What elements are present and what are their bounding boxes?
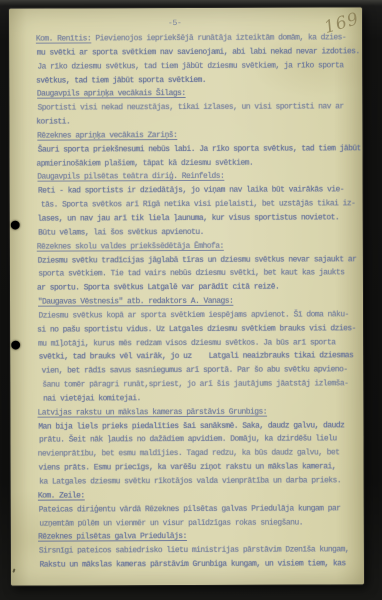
body-text: prātu. Šeit nāk ļaudis no dažādiem apvid… — [39, 435, 337, 445]
typescript-line: ar sportu. Sporta svētkus Latgalē var pa… — [37, 280, 361, 295]
ink-speck — [12, 568, 15, 572]
body-text: mu svētki ar sporta svētkiem nav savieno… — [37, 47, 360, 57]
body-text: nai vietējai komitejai. — [39, 394, 141, 403]
body-text: vien, bet rādīs savus sasniegumus arī sp… — [37, 366, 347, 376]
body-text: koristi. — [36, 118, 70, 127]
speaker-heading: Daugavpils pilsētas teātra diriģ. Reinfe… — [37, 172, 224, 182]
typescript-line: mu svētki ar sporta svētkiem nav savieno… — [37, 45, 360, 60]
body-text: sporta svētkiem. Tie tad vairs nebūs dzi… — [38, 269, 344, 279]
typescript-line: šanu tomēr pāragri runāt,spriest, jo arī… — [38, 377, 361, 392]
body-text: ar sportu. Sporta svētkus Latgalē var pa… — [37, 283, 279, 293]
body-text: Rakstu un mākslas kameras pārstāvim Grun… — [40, 559, 346, 569]
typescript-line: Rēzeknes pilsētas galva Priedulājs: — [38, 530, 362, 545]
typescript-line: apmierinošākiem plašiem, tāpat kā dziesm… — [36, 156, 360, 171]
typescript-line: svētkus, tad tiem jābūt sporta svētkiem. — [36, 73, 360, 88]
typescript-line: prātu. Šeit nāk ļaudis no dažādiem apvid… — [39, 433, 362, 448]
typescript-line: nevienprātību, bet esmu maldījies. Tagad… — [38, 447, 362, 462]
body-text: uzņemtām pūlēm un vienmēr un visur palīd… — [39, 518, 303, 528]
typescript-line: Kom. Zeile: — [38, 488, 362, 503]
typescript-lines: Kom. Renītis: Pievienojos iepriekšējā ru… — [36, 31, 362, 572]
body-text: Sportisti visi nekad neuzstājas, tikai i… — [38, 103, 344, 113]
typescript-line: tās. Sporta svētkos arī Rīgā netika visi… — [37, 197, 361, 212]
speaker-heading: Rēzeknes apriņķa vecākais Zariņš: — [37, 131, 177, 141]
typescript-line: Daugavpils apriņķa vecākais Šilags: — [37, 87, 360, 102]
typescript-line: Rēzeknes apriņķa vecākais Zariņš: — [37, 128, 360, 143]
body-text: Dziesmu svētku tradīcijas jāglabā tīras … — [38, 255, 357, 265]
body-text: šanu tomēr pāragri runāt,spriest, jo arī… — [38, 379, 348, 389]
body-text: svētki, tad brauks vēl vairāk, jo uz Lat… — [39, 352, 354, 362]
body-text: viens prāts. Esmu priecīgs, ka varēšu zi… — [38, 463, 336, 473]
typescript-line: Dziesmu svētku tradīcijas jāglabā tīras … — [37, 253, 360, 268]
typescript-line: Šauri sporta priekšnesumi nebūs labi. Ja… — [38, 142, 361, 157]
body-text: Reti - kad sportists ir dziedātājs, jo v… — [38, 186, 344, 196]
typescript-line: si no pašu sportistu vidus. Uz Latgales … — [37, 322, 361, 337]
typescript-line: Sportisti visi nekad neuzstājas, tikai i… — [38, 100, 361, 115]
speaker-heading: Kom. Zeile: — [38, 491, 85, 500]
body-text: Ja rīko dziesmu svētkus, tad tiem jābūt … — [37, 61, 343, 71]
typescript-line: Sirsnīgi pateicos sabiedrisko lietu mini… — [39, 543, 362, 558]
typescript-line: uzņemtām pūlēm un vienmēr un visur palīd… — [39, 516, 362, 531]
typescript-line: "Daugavas Vēstnesis" atb. redaktors A. V… — [38, 294, 361, 309]
body-text: tās. Sporta svētkos arī Rīgā netika visi… — [37, 199, 356, 209]
body-text: Šauri sporta priekšnesumi nebūs labi. Ja… — [38, 144, 361, 154]
body-text: Dziesmu svētkus kopā ar sporta svētkiem … — [38, 310, 348, 320]
typescript-line: mu mīļotāji, kurus mēs redzam visos dzie… — [38, 336, 361, 351]
typescript-line: viens prāts. Esmu priecīgs, ka varēšu zi… — [38, 460, 361, 475]
document-page: 169 -5- Kom. Renītis: Pievienojos ieprie… — [9, 7, 364, 585]
body-text: mu mīļotāji, kurus mēs redzam visos dzie… — [38, 338, 336, 348]
speaker-heading: Latvijas rakstu un mākslas kameras pārst… — [37, 407, 267, 417]
body-text: Pievienojos iepriekšējā runātāja izteikt… — [91, 33, 346, 43]
typescript-line: nai vietējai komitejai. — [39, 391, 362, 406]
body-text: Sirsnīgi pateicos sabiedrisko lietu mini… — [39, 546, 349, 556]
speaker-heading: Daugavpils apriņķa vecākais Šilags: — [37, 89, 186, 99]
typescript-line: vien, bet rādīs savus sasniegumus arī sp… — [37, 363, 361, 378]
typescript-line: Reti - kad sportists ir dziedātājs, jo v… — [38, 184, 361, 199]
typescript-line: svētki, tad brauks vēl vairāk, jo uz Lat… — [39, 350, 362, 365]
typescript-line: Rakstu un mākslas kameras pārstāvim Grun… — [40, 557, 363, 572]
typescript-line: Rēzeknes skolu valdes priekšsēdētāja Ēmh… — [37, 239, 361, 254]
typescript-line: Man bija liels prieks piedalīties šai sa… — [38, 419, 361, 434]
speaker-heading: "Daugavas Vēstnesis" atb. redaktors A. V… — [38, 297, 234, 307]
body-text: ka Latgales dziesmu svētku rīkotājos val… — [39, 476, 341, 486]
typescript-line: ka Latgales dziesmu svētku rīkotājos val… — [39, 474, 362, 489]
speaker-heading: Rēzeknes skolu valdes priekšsēdētāja Ēmh… — [37, 242, 224, 252]
typescript-line: Būtu vēlams, lai šos svētkus apvienotu. — [38, 225, 361, 240]
typescript-line: Kom. Renītis: Pievienojos iepriekšējā ru… — [36, 31, 360, 46]
body-text: Pateicas diriģentu vārdā Rēzeknes pilsēt… — [39, 504, 341, 514]
body-text: svētkus, tad tiem jābūt sporta svētkiem. — [36, 75, 206, 85]
speaker-heading: Rēzeknes pilsētas galva Priedulājs: — [38, 532, 187, 542]
body-text: si no pašu sportistu vidus. Uz Latgales … — [37, 324, 356, 334]
typescript-line: lases, un nav jau arī tik liela ļaunuma,… — [37, 211, 360, 226]
typescript-line: Dziesmu svētkus kopā ar sporta svētkiem … — [38, 308, 361, 323]
punch-hole-top-icon — [11, 221, 20, 230]
typescript-line: Latvijas rakstu un mākslas kameras pārst… — [37, 405, 361, 420]
body-text: apmierinošākiem plašiem, tāpat kā dziesm… — [36, 158, 253, 168]
typescript-line: Pateicas diriģentu vārdā Rēzeknes pilsēt… — [39, 502, 362, 517]
body-text: lases, un nav jau arī tik liela ļaunuma,… — [37, 213, 339, 223]
body-text: nevienprātību, bet esmu maldījies. Tagad… — [38, 449, 340, 459]
body-text: Man bija liels prieks piedalīties šai sa… — [38, 421, 344, 431]
typescript-line: sporta svētkiem. Tie tad vairs nebūs dzi… — [38, 267, 361, 282]
typescript-line: koristi. — [36, 114, 360, 129]
body-text: Būtu vēlams, lai šos svētkus apvienotu. — [38, 228, 204, 238]
speaker-heading: Kom. Renītis: — [36, 34, 91, 43]
page-number: -5- — [168, 19, 182, 28]
typescript-line: Daugavpils pilsētas teātra diriģ. Reinfe… — [37, 170, 360, 185]
typescript-line: Ja rīko dziesmu svētkus, tad tiem jābūt … — [37, 59, 360, 74]
punch-hole-bottom-icon — [11, 341, 20, 350]
